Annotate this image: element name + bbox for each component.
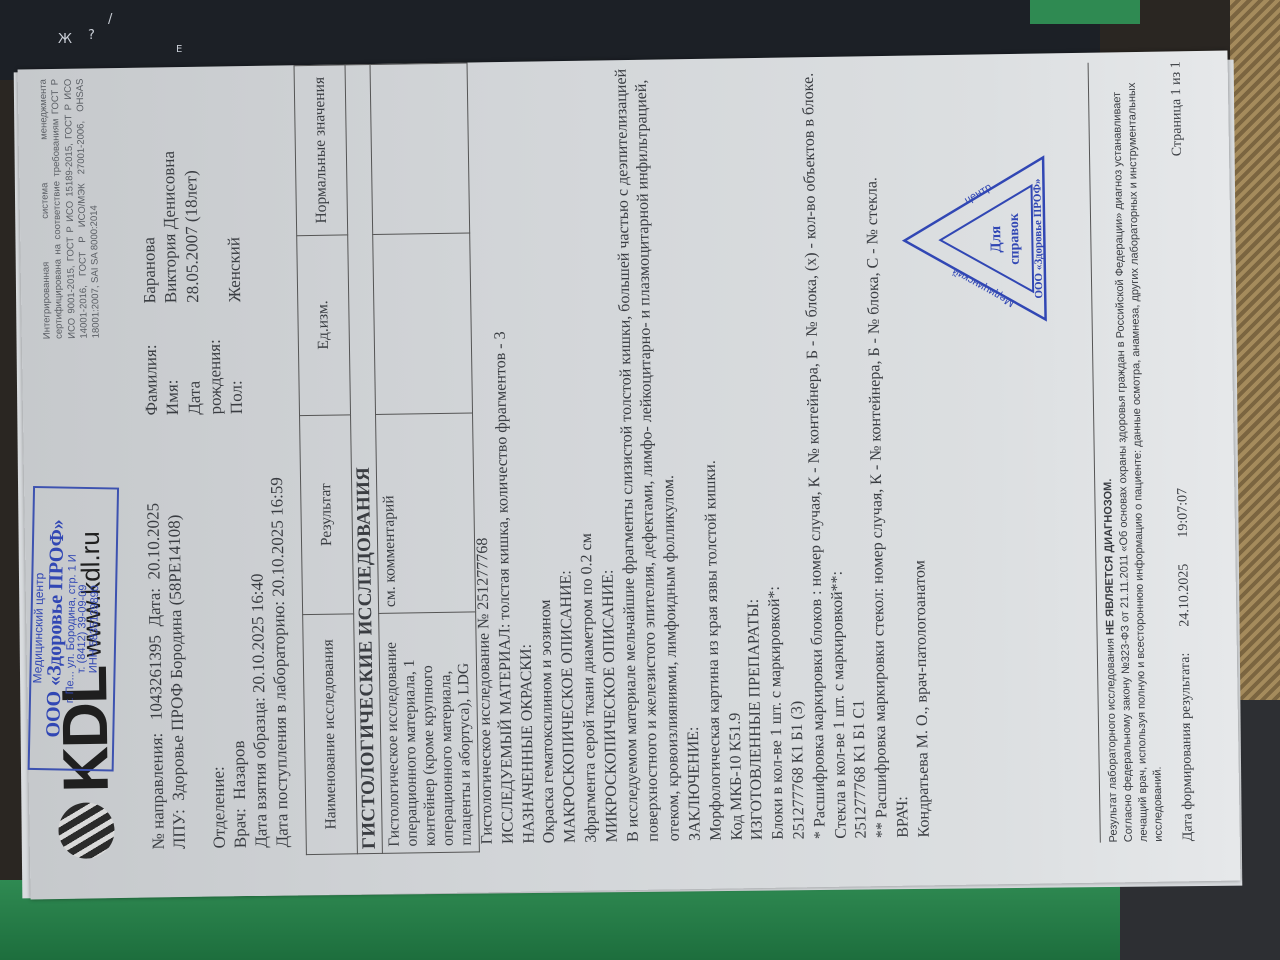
referral-date: 20.10.2025 [143,503,163,580]
keyboard-key: ? [88,28,95,43]
report-footer: Результат лабораторного исследования НЕ … [1088,61,1200,842]
triangle-stamp: Для справок ООО «Здоровье ПРОФ» Медицинс… [899,153,1052,325]
svg-text:центр: центр [962,181,994,206]
test-norm [370,63,470,234]
triangle-stamp-icon: Для справок ООО «Здоровье ПРОФ» Медицинс… [899,153,1052,325]
svg-text:справок: справок [1007,212,1023,265]
page-number: Страница 1 из 1 [1168,61,1188,156]
svg-text:ООО «Здоровье ПРОФ»: ООО «Здоровье ПРОФ» [1031,178,1045,298]
column-header: Наименование исследования [303,614,358,854]
histology-report: Гистологическое исследование № 251277768… [466,57,936,844]
results-table: Наименование исследования Результат Ед.и… [294,62,480,855]
kdl-logo-icon [58,802,115,859]
table-row: Гистологическое исследование операционно… [370,63,479,853]
green-folder-edge [1030,0,1140,24]
result-date: 24.10.2025 [1176,564,1196,627]
certification-note: Интегрированная система менеджмента серт… [38,78,104,339]
column-header: Ед.изм. [297,235,351,415]
referral-number: 1043261395 [145,635,165,720]
lab-date-row: Дата поступления в лабораторию: 20.10.20… [266,477,293,848]
svg-text:Медицинский: Медицинский [951,265,1017,309]
column-header: Нормальные значения [294,65,348,236]
patient-surname: Баранова [138,237,160,304]
lab-date: 20.10.2025 16:59 [267,477,288,597]
svg-text:Для: Для [988,226,1004,253]
result-time: 19:07:07 [1175,488,1195,538]
keyboard-key: / [108,12,112,27]
keyboard-key: Е [176,44,182,55]
doctor-name: Назаров [229,740,249,799]
keyboard-key: Ж [58,32,72,47]
clinic-stamp: Медицинский центр ООО «Здоровье ПРОФ» г.… [28,486,119,772]
patient-sex: Женский [223,237,245,302]
test-name: Гистологическое исследование операционно… [379,612,480,853]
lpu-value: Здоровье ПРОФ Бородина (58PE14108) [165,515,188,801]
lab-report-paper: KDL www.kdl.ru Медицинский центр ООО «Зд… [18,51,1241,900]
lab-report-page: KDL www.kdl.ru Медицинский центр ООО «Зд… [18,51,1241,900]
sample-date: 20.10.2025 16:40 [248,573,269,693]
result-date-row: Дата формирования результата: 24.10.2025… [1168,61,1199,841]
referral-info: № направления: 1043261395 Дата: 20.10.20… [142,477,293,850]
patient-name: Виктория Денисовна [158,151,182,303]
test-unit [373,233,473,414]
column-header: Результат [300,414,354,615]
dob-row: Дата рождения:28.05.2007 (18лет) [179,150,226,415]
patient-info: Фамилия:Баранова Имя:Виктория Денисовна … [137,150,247,416]
sex-row: Пол:Женский [222,150,247,414]
test-result: см. комментарий [376,412,476,613]
patient-dob: 28.05.2007 (18лет) [180,170,225,303]
